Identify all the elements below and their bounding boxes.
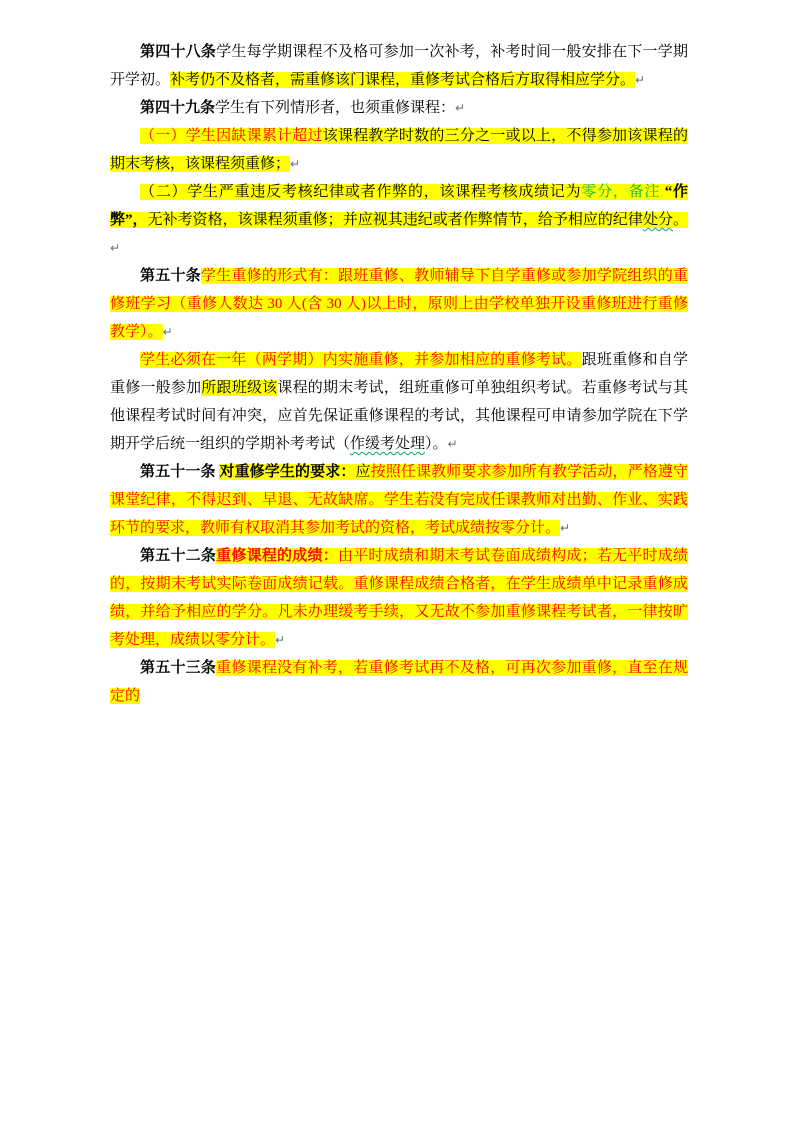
plain-text: 学生有下列情形者，也须重修课程：	[215, 100, 455, 116]
paragraph-article-50-continuation: 学生必须在一年（两学期）内实施重修，并参加相应的重修考试。跟班重修和自学重修一般…	[110, 346, 688, 458]
red-highlighted-text: （一）学生因缺课累计超过	[140, 128, 323, 144]
paragraph-mark: ↵	[163, 325, 173, 339]
bold-highlighted-text: 对重修学生的要求：	[219, 464, 355, 480]
paragraph-mark: ↵	[110, 241, 120, 255]
article-number: 第四十八条	[140, 44, 216, 60]
highlighted-text: 。	[673, 212, 688, 228]
article-number: 第五十二条	[140, 548, 216, 564]
highlighted-text: （二）学生严重违反考核纪律或者作弊的，该课程考核成绩记为	[140, 184, 581, 200]
spellcheck-underlined-text: 作缓考处理	[350, 436, 425, 452]
paragraph-mark: ↵	[560, 521, 570, 535]
article-number: 第五十三条	[140, 660, 216, 676]
spellcheck-underlined-text: 处分	[643, 212, 673, 228]
paragraph-mark: ↵	[448, 437, 458, 451]
article-number: 第五十条	[140, 268, 201, 284]
highlighted-text: 应	[356, 464, 371, 480]
document-page: 第四十八条学生每学期课程不及格可参加一次补考，补考时间一般安排在下一学期开学初。…	[0, 0, 794, 1123]
paragraph-mark: ↵	[635, 73, 645, 87]
red-highlighted-text: 学生必须在一年（两学期）内实施重修，并参加相应的重修考试。	[140, 352, 582, 368]
document-body: 第四十八条学生每学期课程不及格可参加一次补考，补考时间一般安排在下一学期开学初。…	[110, 38, 688, 710]
paragraph-mark: ↵	[275, 633, 285, 647]
plain-text: ）。	[425, 436, 448, 452]
paragraph-article-50: 第五十条学生重修的形式有：跟班重修、教师辅导下自学重修或参加学院组织的重修班学习…	[110, 262, 688, 346]
paragraph-mark: ↵	[455, 101, 465, 115]
green-highlighted-text: 零分，备注	[581, 184, 660, 200]
highlighted-text: 所跟班级该	[201, 380, 277, 396]
highlighted-text: 无补考资格，该课程须重修；并应视其违纪或者作弊情节，给予相应的纪律	[148, 212, 643, 228]
paragraph-article-52: 第五十二条重修课程的成绩：由平时成绩和期末考试卷面成绩构成；若无平时成绩的，按期…	[110, 542, 688, 654]
paragraph-article-51: 第五十一条 对重修学生的要求：应按照任课教师要求参加所有教学活动，严格遵守课堂纪…	[110, 458, 688, 542]
paragraph-article-53: 第五十三条重修课程没有补考，若重修考试再不及格，可再次参加重修，直至在规定的	[110, 654, 688, 710]
paragraph-clause-1: （一）学生因缺课累计超过该课程教学时数的三分之一或以上，不得参加该课程的期末考核…	[110, 122, 688, 178]
highlighted-text: 补考仍不及格者，需重修该门课程，重修考试合格后方取得相应学分。	[170, 72, 635, 88]
article-number: 第五十一条	[140, 464, 219, 480]
red-bold-highlighted-text: 重修课程的成绩：	[216, 548, 338, 564]
paragraph-article-48: 第四十八条学生每学期课程不及格可参加一次补考，补考时间一般安排在下一学期开学初。…	[110, 38, 688, 94]
paragraph-clause-2: （二）学生严重违反考核纪律或者作弊的，该课程考核成绩记为零分，备注 “作弊”，无…	[110, 178, 688, 262]
paragraph-article-49: 第四十九条学生有下列情形者，也须重修课程：↵	[110, 94, 688, 122]
paragraph-mark: ↵	[290, 157, 300, 171]
article-number: 第四十九条	[140, 100, 215, 116]
